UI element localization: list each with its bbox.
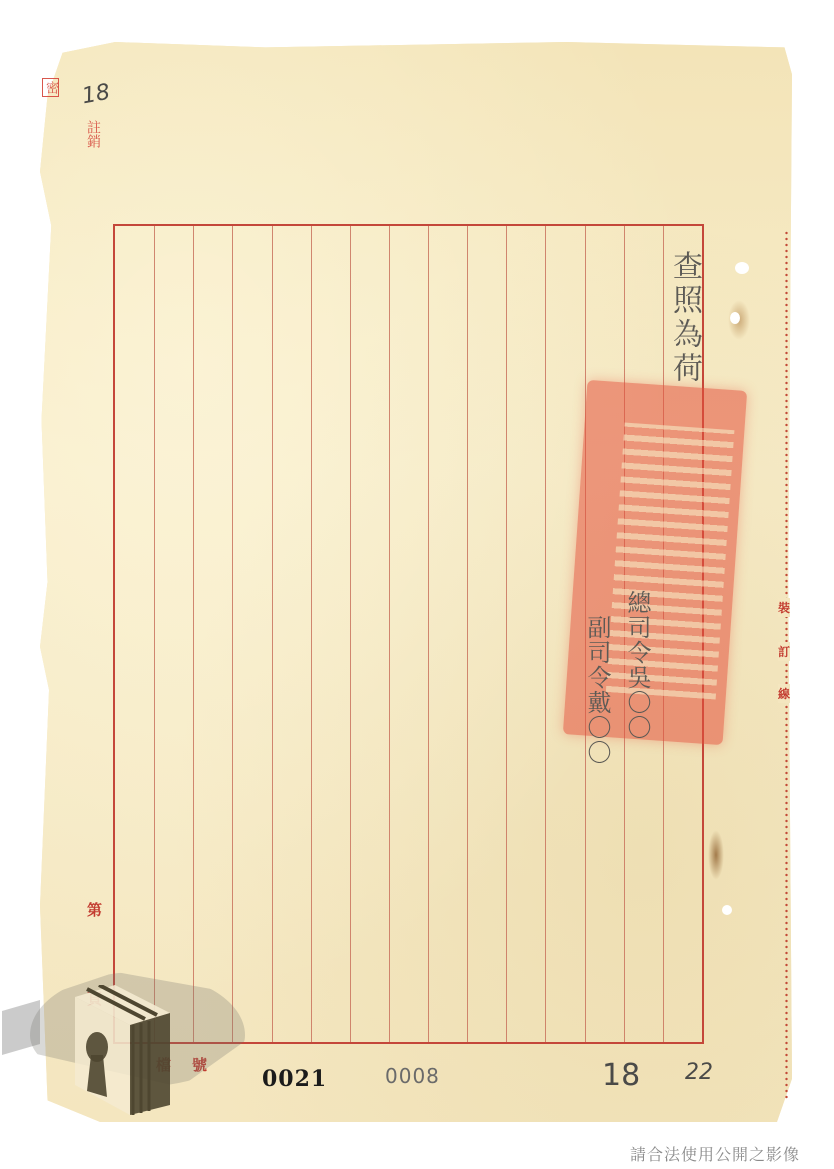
handwritten-sheet-number: 18 [80,80,112,109]
grid-column-line [154,226,155,1042]
binding-char: 訂 [778,642,790,661]
paper-hole [722,905,732,915]
handwritten-extra-number: 22 [685,1060,713,1085]
binding-char: 線 [778,684,790,703]
paper-hole [730,312,740,324]
cancellation-stamp: 註銷 [86,120,100,148]
grid-column-line [467,226,468,1042]
stain-mark [708,830,724,880]
binding-line [785,230,788,1100]
confidential-seal: 密 [42,78,59,97]
public-image-notice: 請合法使用公開之影像 [630,1142,800,1165]
paper-hole [735,262,749,274]
handwritten-vice-commander: 副司令戴〇〇 [580,615,615,765]
secondary-number-stamp: 0008 [385,1064,440,1088]
archive-book-keyhole-icon [75,985,195,1115]
grid-column-line [506,226,507,1042]
grid-column-line [311,226,312,1042]
grid-column-line [350,226,351,1042]
grid-column-line [545,226,546,1042]
grid-column-line [389,226,390,1042]
handwritten-closing: 查照為荷 [662,250,706,386]
file-number-stamp: 0021 [262,1066,327,1092]
grid-column-line [428,226,429,1042]
handwritten-page-number: 18 [602,1058,640,1093]
page-prefix-label: 第 [87,899,102,920]
grid-column-line [272,226,273,1042]
handwritten-commander: 總司令吳〇〇 [620,590,655,740]
grid-column-line [232,226,233,1042]
binding-char: 裝 [778,598,790,617]
grid-column-line [193,226,194,1042]
